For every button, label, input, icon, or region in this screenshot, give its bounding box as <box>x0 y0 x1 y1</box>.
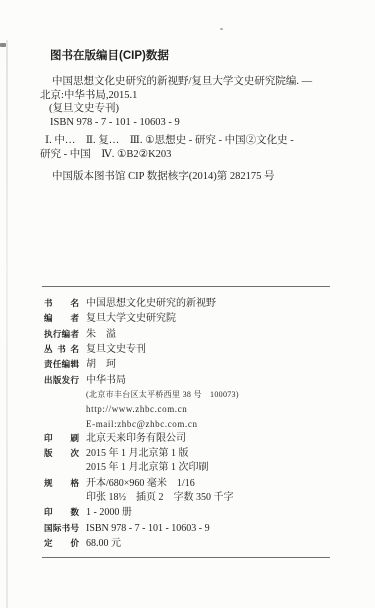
colophon-row-executive-editor: 执行编者 朱 溢 <box>44 327 340 342</box>
field-value: 北京天来印务有限公司 <box>86 432 186 446</box>
cip-classification: Ⅰ. 中… Ⅱ. 复… Ⅲ. ①思想史 - 研究 - 中国②文化史 - 研究 -… <box>40 134 340 161</box>
field-label: 规格 <box>44 476 79 490</box>
cip-record-number: 中国版本图书馆 CIP 数据核字(2014)第 282175 号 <box>52 170 340 184</box>
scan-edge-streak <box>6 40 8 608</box>
field-label: 书名 <box>44 296 79 310</box>
field-label: 国际书号 <box>44 521 79 535</box>
colophon-row-publisher: 出版发行 中华书局 <box>44 373 340 388</box>
field-value: 朱 溢 <box>86 328 116 342</box>
cip-description-line1: 中国思想文化史研究的新视野/复旦大学文史研究院编. — <box>52 75 340 89</box>
colophon-row-editor: 编者 复旦大学文史研究院 <box>44 311 340 326</box>
scan-speck <box>220 28 223 30</box>
field-value: 2015 年 1 月北京第 1 版 <box>86 447 189 461</box>
field-label: 编者 <box>44 311 79 325</box>
book-copyright-page: 图书在版编目(CIP)数据 中国思想文化史研究的新视野/复旦大学文史研究院编. … <box>0 0 375 608</box>
divider-rule-top <box>42 286 330 287</box>
publisher-email: E-mail:zhbc@zhbc.com.cn <box>86 417 198 431</box>
field-value: 68.00 元 <box>86 537 121 551</box>
sheets-inserts-wordcount-line: 印张 18½ 插页 2 字数 350 千字 <box>86 491 234 505</box>
field-label: 定价 <box>44 536 79 550</box>
colophon-table: 书名 中国思想文化史研究的新视野 编者 复旦大学文史研究院 执行编者 朱 溢 丛… <box>40 296 340 551</box>
colophon-row-printer: 印刷 北京天来印务有限公司 <box>44 431 340 446</box>
colophon-row-series: 丛书名 复旦文史专刊 <box>44 342 340 357</box>
field-value: 复旦大学文史研究院 <box>86 312 176 326</box>
field-value: 中国思想文化史研究的新视野 <box>86 297 216 311</box>
field-value: ISBN 978 - 7 - 101 - 10603 - 9 <box>86 522 210 536</box>
colophon-row-price: 定价 68.00 元 <box>44 536 340 551</box>
field-label: 印刷 <box>44 431 79 445</box>
field-label: 责任编辑 <box>44 357 79 371</box>
field-value: 复旦文史专刊 <box>86 343 146 357</box>
colophon-subrow: http://www.zhbc.com.cn <box>44 402 340 416</box>
colophon-subrow: E-mail:zhbc@zhbc.com.cn <box>44 417 340 431</box>
colophon-row-format: 规格 开本/680×960 毫米 1/16 <box>44 476 340 491</box>
classification-line2: 研究 - 中国 Ⅳ. ①B2②K203 <box>40 148 340 162</box>
colophon-subrow: (北京市丰台区太平桥西里 38 号 100073) <box>44 388 340 402</box>
colophon-row-isbn: 国际书号 ISBN 978 - 7 - 101 - 10603 - 9 <box>44 521 340 536</box>
publisher-address: (北京市丰台区太平桥西里 38 号 100073) <box>86 388 239 402</box>
colophon-row-title: 书名 中国思想文化史研究的新视野 <box>44 296 340 311</box>
printing-run-line: 2015 年 1 月北京第 1 次印刷 <box>86 461 209 475</box>
publisher-url: http://www.zhbc.com.cn <box>86 402 187 416</box>
field-value: 1 - 2000 册 <box>86 506 132 520</box>
field-value: 胡 珂 <box>86 358 116 372</box>
isbn-line: ISBN 978 - 7 - 101 - 10603 - 9 <box>50 116 340 130</box>
colophon-row-responsible-editor: 责任编辑 胡 珂 <box>44 357 340 372</box>
field-label: 执行编者 <box>44 327 79 341</box>
series-note: (复旦文史专刊) <box>49 102 340 116</box>
colophon-subrow: 印张 18½ 插页 2 字数 350 千字 <box>44 491 340 505</box>
cip-heading: 图书在版编目(CIP)数据 <box>50 50 340 63</box>
field-label: 版次 <box>44 446 79 460</box>
divider-rule-bottom <box>42 557 330 558</box>
colophon-subrow: 2015 年 1 月北京第 1 次印刷 <box>44 461 340 475</box>
field-label: 出版发行 <box>44 373 79 387</box>
cip-description: 中国思想文化史研究的新视野/复旦大学文史研究院编. — 北京:中华书局,2015… <box>40 75 340 129</box>
field-label: 印数 <box>44 505 79 519</box>
page-content: 图书在版编目(CIP)数据 中国思想文化史研究的新视野/复旦大学文史研究院编. … <box>40 50 340 558</box>
field-label: 丛书名 <box>44 342 79 356</box>
colophon-row-edition: 版次 2015 年 1 月北京第 1 版 <box>44 446 340 461</box>
field-value: 开本/680×960 毫米 1/16 <box>86 477 195 491</box>
cip-description-line2: 北京:中华书局,2015.1 <box>40 89 340 103</box>
scan-speck <box>0 43 6 47</box>
field-value: 中华书局 <box>86 374 126 388</box>
colophon-row-print-count: 印数 1 - 2000 册 <box>44 505 340 520</box>
classification-line1: Ⅰ. 中… Ⅱ. 复… Ⅲ. ①思想史 - 研究 - 中国②文化史 - <box>45 134 340 148</box>
